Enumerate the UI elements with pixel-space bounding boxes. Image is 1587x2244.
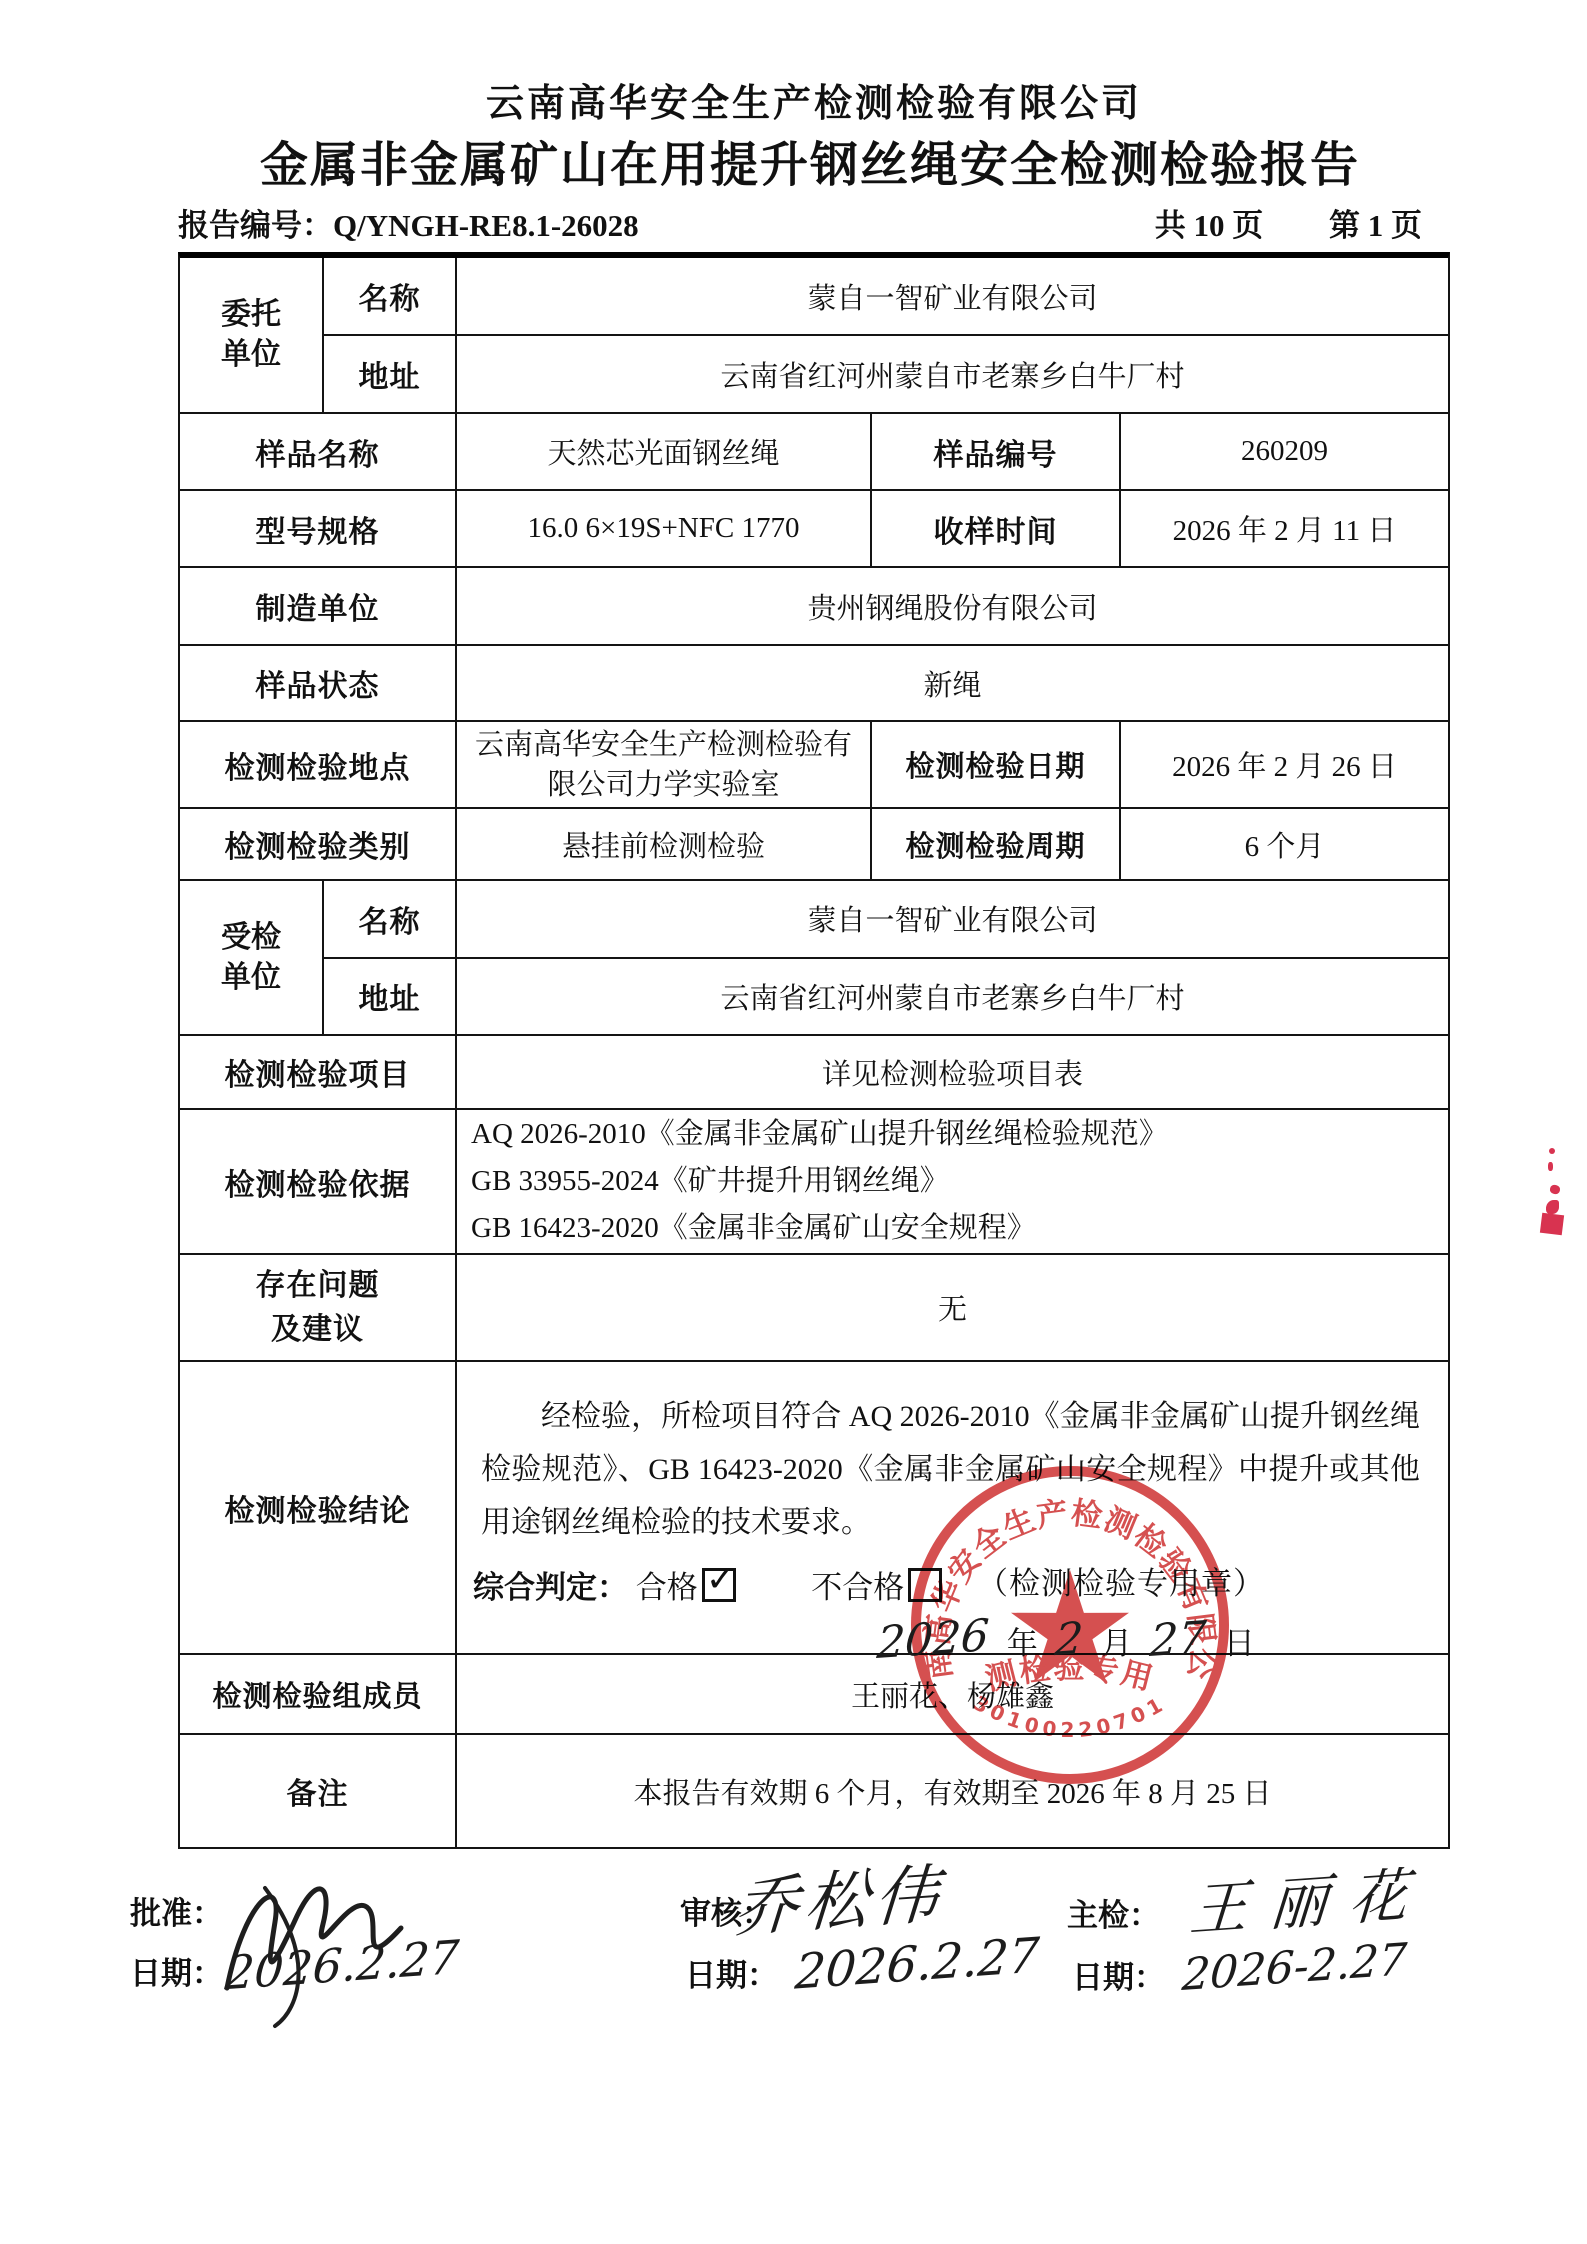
scan-artifact [1549, 1148, 1555, 1154]
location-label: 检测检验地点 [180, 722, 457, 807]
row-sample: 样品名称 天然芯光面钢丝绳 样品编号 260209 [180, 414, 1448, 491]
row-items: 检测检验项目 详见检测检验项目表 [180, 1036, 1448, 1110]
client-group-cell: 委托单位 [180, 258, 324, 412]
row-remark: 备注 本报告有效期 6 个月，有效期至 2026 年 8 月 25 日 [180, 1735, 1448, 1847]
scan-artifact [1549, 1184, 1561, 1195]
scan-artifact [1540, 1213, 1564, 1236]
sample-no-label: 样品编号 [872, 414, 1121, 489]
manufacturer-label: 制造单位 [180, 568, 457, 644]
team-label: 检测检验组成员 [180, 1655, 457, 1733]
scan-artifact [1548, 1162, 1553, 1171]
row-inspected-address: 地址 云南省红河州蒙自市老寨乡白牛厂村 [324, 959, 1448, 1035]
inspected-group-cell: 受检单位 [180, 881, 324, 1034]
pass-label: 合格 [636, 1570, 698, 1605]
receive-time-label: 收样时间 [872, 491, 1121, 566]
inspected-address-value: 云南省红河州蒙自市老寨乡白牛厂村 [457, 959, 1448, 1035]
row-manufacturer: 制造单位 贵州钢绳股份有限公司 [180, 568, 1448, 646]
basis-label: 检测检验依据 [180, 1110, 457, 1253]
row-team: 检测检验组成员 王丽花、杨雄鑫 [180, 1655, 1448, 1735]
review-date-label: 日期： [685, 1950, 778, 1995]
row-client-address: 地址 云南省红河州蒙自市老寨乡白牛厂村 [324, 336, 1448, 412]
report-page: 云南高华安全生产检测检验有限公司 金属非金属矿山在用提升钢丝绳安全检测检验报告 … [0, 0, 1587, 2244]
inspected-name-label: 名称 [324, 881, 457, 957]
client-name-label: 名称 [324, 258, 457, 334]
fail-label: 不合格 [811, 1570, 904, 1605]
client-group-label: 委托单位 [221, 295, 281, 375]
verdict-line: 综合判定： 合格✓ 不合格 [473, 1562, 942, 1607]
chief-date-label: 日期： [1072, 1952, 1165, 1997]
category-value: 悬挂前检测检验 [457, 809, 872, 879]
client-name-value: 蒙自一智矿业有限公司 [457, 258, 1448, 334]
sample-state-label: 样品状态 [180, 646, 457, 720]
problems-value: 无 [457, 1255, 1448, 1360]
client-address-label: 地址 [324, 336, 457, 412]
sample-name-value: 天然芯光面钢丝绳 [457, 414, 872, 489]
conclusion-label: 检测检验结论 [180, 1362, 457, 1653]
cycle-value: 6 个月 [1121, 809, 1448, 879]
row-model: 型号规格 16.0 6×19S+NFC 1770 收样时间 2026 年 2 月… [180, 491, 1448, 568]
verdict-label: 综合判定： [473, 1570, 628, 1605]
remark-label: 备注 [180, 1735, 457, 1847]
pass-checkbox: ✓ [702, 1568, 736, 1602]
inspect-date-label: 检测检验日期 [872, 722, 1121, 807]
chief-signature: 王丽花 [1187, 1846, 1432, 1947]
report-title: 金属非金属矿山在用提升钢丝绳安全检测检验报告 [100, 126, 1520, 195]
row-location: 检测检验地点 云南高华安全生产检测检验有限公司力学实验室 检测检验日期 2026… [180, 722, 1448, 809]
sample-state-value: 新绳 [457, 646, 1448, 720]
basis-line-2: GB 33955-2024《矿井提升用钢丝绳》 [471, 1158, 949, 1205]
row-conclusion: 检测检验结论 经检验，所检项目符合 AQ 2026-2010《金属非金属矿山提升… [180, 1362, 1448, 1655]
report-number: 报告编号：Q/YNGH-RE8.1-26028 [178, 200, 639, 245]
pass-checkmark: ✓ [706, 1559, 736, 1600]
total-pages: 共 10 页 [1155, 208, 1264, 243]
sample-name-label: 样品名称 [180, 414, 457, 489]
scan-artifact [1546, 1200, 1559, 1214]
handwritten-day: 27 [1148, 1612, 1207, 1667]
company-name: 云南高华安全生产检测检验有限公司 [178, 72, 1450, 127]
review-signature: 乔松伟 [732, 1842, 948, 1949]
current-page: 第 1 页 [1329, 208, 1422, 243]
row-client-name: 名称 蒙自一智矿业有限公司 [324, 258, 1448, 336]
inspected-group-label: 受检单位 [221, 918, 281, 998]
page-counter: 共 10 页 第 1 页 [1097, 200, 1422, 245]
problems-label: 存在问题 及建议 [180, 1255, 457, 1360]
row-category: 检测检验类别 悬挂前检测检验 检测检验周期 6 个月 [180, 809, 1448, 881]
handwritten-month: 2 [1054, 1613, 1086, 1666]
category-label: 检测检验类别 [180, 809, 457, 879]
inspected-name-value: 蒙自一智矿业有限公司 [457, 881, 1448, 957]
row-client: 委托单位 名称 蒙自一智矿业有限公司 地址 云南省红河州蒙自市老寨乡白牛厂村 [180, 258, 1448, 414]
inspect-date-value: 2026 年 2 月 26 日 [1121, 722, 1448, 807]
location-value: 云南高华安全生产检测检验有限公司力学实验室 [457, 722, 872, 807]
receive-time-value: 2026 年 2 月 11 日 [1121, 491, 1448, 566]
basis-value: AQ 2026-2010《金属非金属矿山提升钢丝绳检验规范》 GB 33955-… [457, 1110, 1448, 1253]
report-meta-line: 报告编号：Q/YNGH-RE8.1-26028 共 10 页 第 1 页 [178, 200, 1450, 248]
basis-line-3: GB 16423-2020《金属非金属矿山安全规程》 [471, 1205, 1036, 1252]
model-value: 16.0 6×19S+NFC 1770 [457, 491, 872, 566]
client-address-value: 云南省红河州蒙自市老寨乡白牛厂村 [457, 336, 1448, 412]
cycle-label: 检测检验周期 [872, 809, 1121, 879]
report-table: 委托单位 名称 蒙自一智矿业有限公司 地址 云南省红河州蒙自市老寨乡白牛厂村 样… [178, 252, 1450, 1849]
row-inspected: 受检单位 名称 蒙自一智矿业有限公司 地址 云南省红河州蒙自市老寨乡白牛厂村 [180, 881, 1448, 1036]
row-inspected-name: 名称 蒙自一智矿业有限公司 [324, 881, 1448, 959]
handwritten-year: 2026 [875, 1610, 990, 1669]
conclusion-date-line: 2026 年 2 月 27 日 [877, 1614, 1265, 1665]
manufacturer-value: 贵州钢绳股份有限公司 [457, 568, 1448, 644]
sample-no-value: 260209 [1121, 414, 1448, 489]
row-basis: 检测检验依据 AQ 2026-2010《金属非金属矿山提升钢丝绳检验规范》 GB… [180, 1110, 1448, 1255]
inspected-address-label: 地址 [324, 959, 457, 1035]
row-sample-state: 样品状态 新绳 [180, 646, 1448, 722]
items-value: 详见检测检验项目表 [457, 1036, 1448, 1108]
row-problems: 存在问题 及建议 无 [180, 1255, 1448, 1362]
chief-label: 主检： [1067, 1890, 1160, 1935]
model-label: 型号规格 [180, 491, 457, 566]
basis-line-1: AQ 2026-2010《金属非金属矿山提升钢丝绳检验规范》 [471, 1111, 1168, 1158]
items-label: 检测检验项目 [180, 1036, 457, 1108]
stamp-note: （检测检验专用章） [977, 1558, 1265, 1603]
